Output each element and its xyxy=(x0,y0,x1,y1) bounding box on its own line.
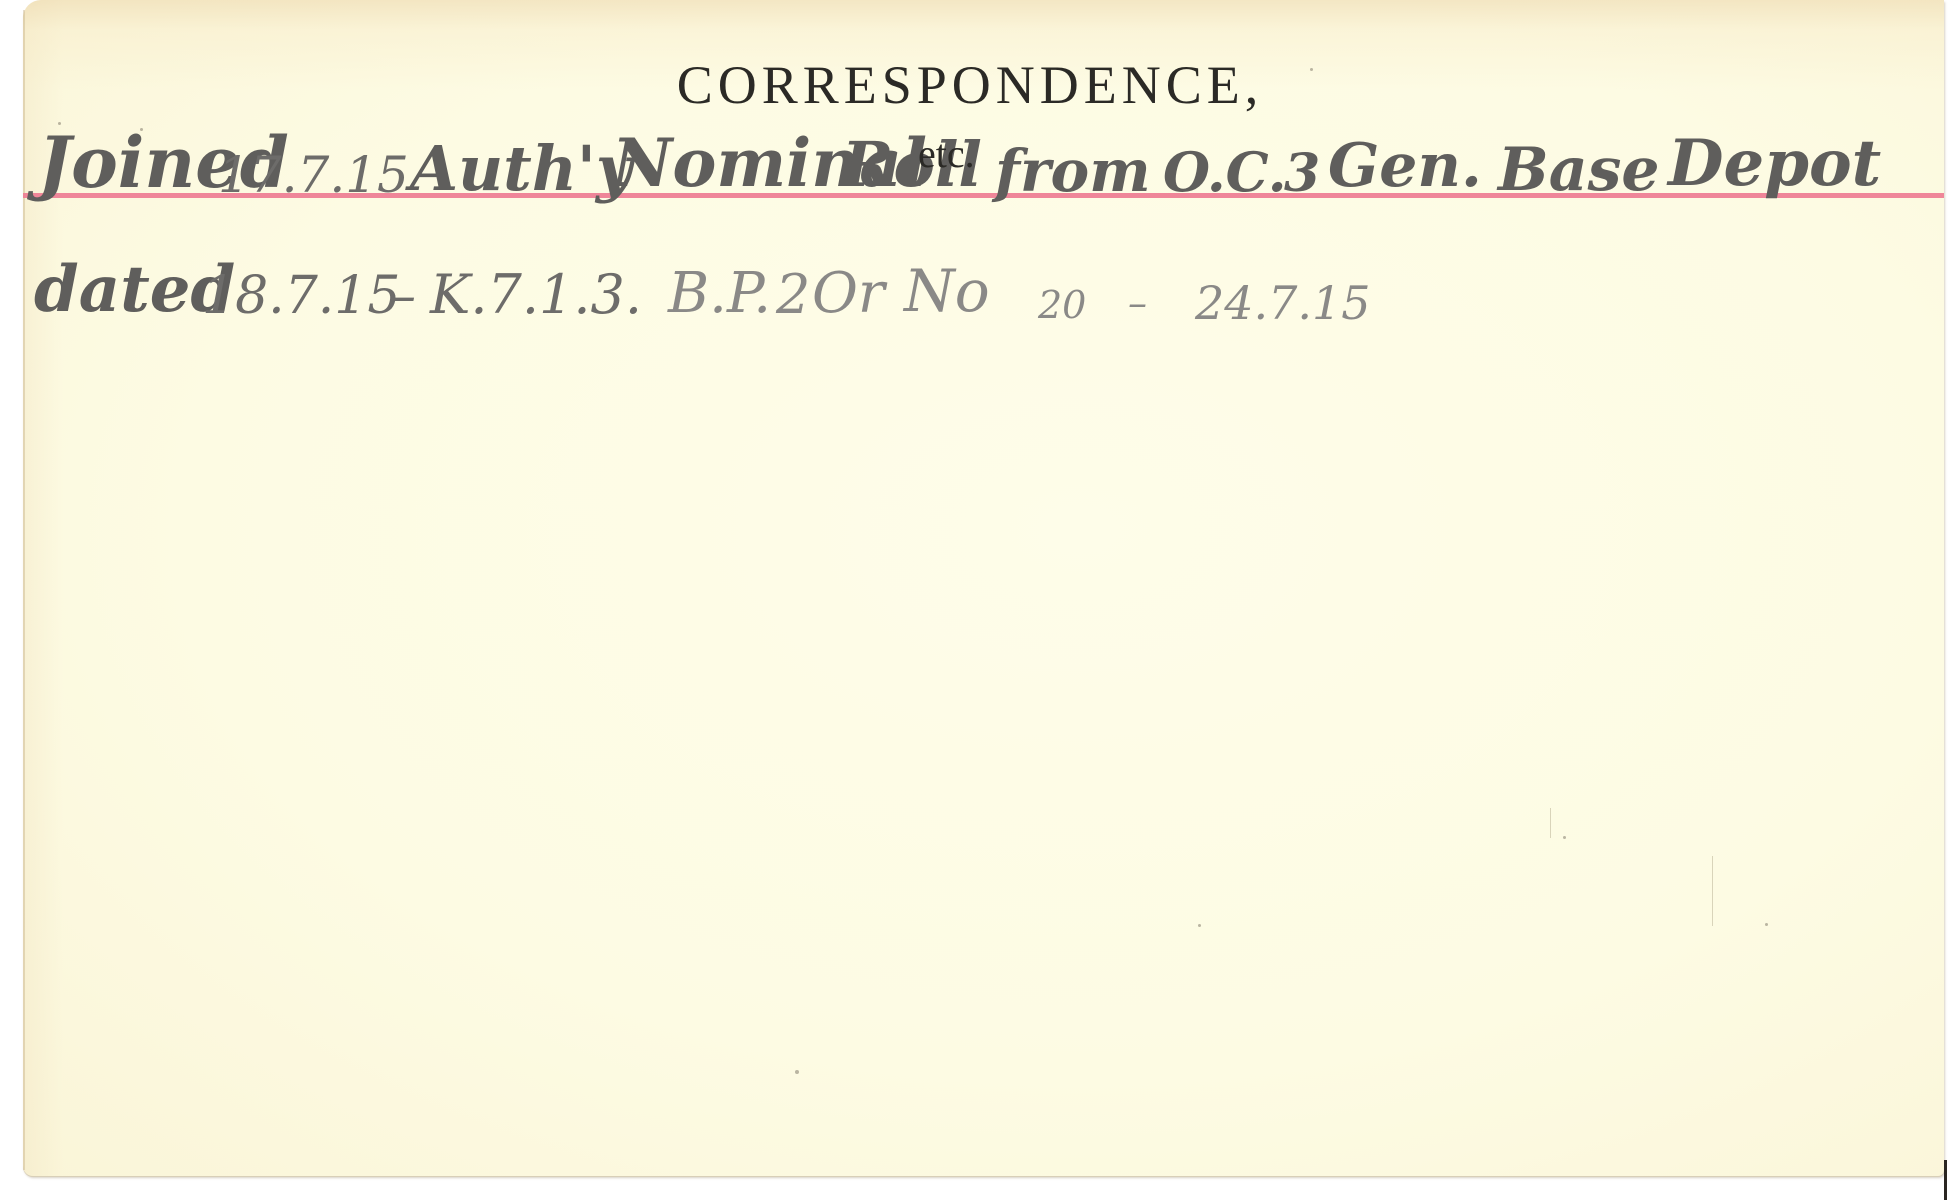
card-header-subtitle: etc. xyxy=(918,134,975,174)
handwritten-word: from xyxy=(995,142,1151,200)
handwritten-word: No xyxy=(904,262,990,320)
scan-edge-shadow xyxy=(1944,1160,1947,1200)
handwritten-dash: – xyxy=(1128,284,1147,322)
handwritten-date: 24.7.15 xyxy=(1195,280,1371,326)
paper-speck xyxy=(1198,924,1201,927)
handwritten-word: Depot xyxy=(1668,132,1881,196)
handwritten-word: O.C. xyxy=(1163,145,1287,199)
card-header-title: CORRESPONDENCE, xyxy=(610,58,1330,112)
handwritten-word: Gen. xyxy=(1328,136,1482,196)
paper-crease xyxy=(1712,856,1713,926)
handwritten-reference: K.7.1.3. xyxy=(430,268,642,322)
handwritten-number: 20 xyxy=(1038,286,1086,324)
paper-speck xyxy=(1765,923,1768,926)
handwritten-word: Or xyxy=(812,266,885,322)
card-left-edge xyxy=(23,10,25,1170)
handwritten-word: 3 xyxy=(1284,148,1320,200)
paper-speck xyxy=(795,1070,799,1074)
paper-crease xyxy=(1550,808,1551,838)
handwritten-word: 2 xyxy=(776,268,810,322)
handwritten-date: 18.7.15 xyxy=(202,270,400,322)
handwritten-word: Base xyxy=(1498,140,1660,200)
handwritten-word: B.P. xyxy=(668,266,771,322)
paper-speck xyxy=(1563,836,1566,839)
handwritten-word: Auth'y xyxy=(410,138,632,200)
paper-speck xyxy=(1310,68,1313,71)
handwritten-date: 17.7.15 xyxy=(218,150,409,200)
handwritten-dash: – xyxy=(390,270,416,322)
